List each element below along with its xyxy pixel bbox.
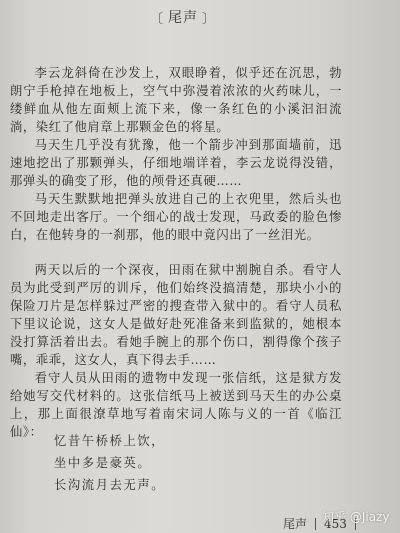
poem-line: 长沟流月去无声。 xyxy=(54,474,165,496)
chapter-heading: 〔 尾声 〕 xyxy=(150,7,216,27)
poem-line: 忆昔午桥桥上饮， xyxy=(54,430,165,452)
body-text: 李云龙斜倚在沙发上，双眼睁着，似乎还在沉思，勃朗宁手枪掉在地板上，空气中弥漫着浓… xyxy=(10,64,342,441)
watermark: 知乎 @Jiazy xyxy=(322,508,389,525)
footer-section: 尾声 xyxy=(283,515,307,532)
footer-divider xyxy=(315,518,316,530)
section-break xyxy=(10,244,342,261)
bracket-left: 〔 xyxy=(150,8,164,27)
paragraph: 李云龙斜倚在沙发上，双眼睁着，似乎还在沉思，勃朗宁手枪掉在地板上，空气中弥漫着浓… xyxy=(10,64,342,136)
book-page: 〔 尾声 〕 李云龙斜倚在沙发上，双眼睁着，似乎还在沉思，勃朗宁手枪掉在地板上，… xyxy=(0,0,400,533)
poem-line: 坐中多是豪英。 xyxy=(54,452,165,474)
chapter-title: 尾声 xyxy=(168,7,198,27)
paragraph: 马天生默默地把弹头放进自己的上衣兜里，然后头也不回地走出客厅。一个细心的战士发现… xyxy=(10,190,342,244)
paragraph: 两天以后的一个深夜，田雨在狱中割腕自杀。看守人员为此受到严厉的训斥，他们始终没搞… xyxy=(10,261,342,369)
poem: 忆昔午桥桥上饮， 坐中多是豪英。 长沟流月去无声。 xyxy=(54,430,165,496)
paragraph: 马天生几乎没有犹豫，他一个箭步冲到那面墙前，迅速地挖出了那颗弹头，仔细地端详着，… xyxy=(10,136,342,190)
bracket-right: 〕 xyxy=(202,8,216,27)
